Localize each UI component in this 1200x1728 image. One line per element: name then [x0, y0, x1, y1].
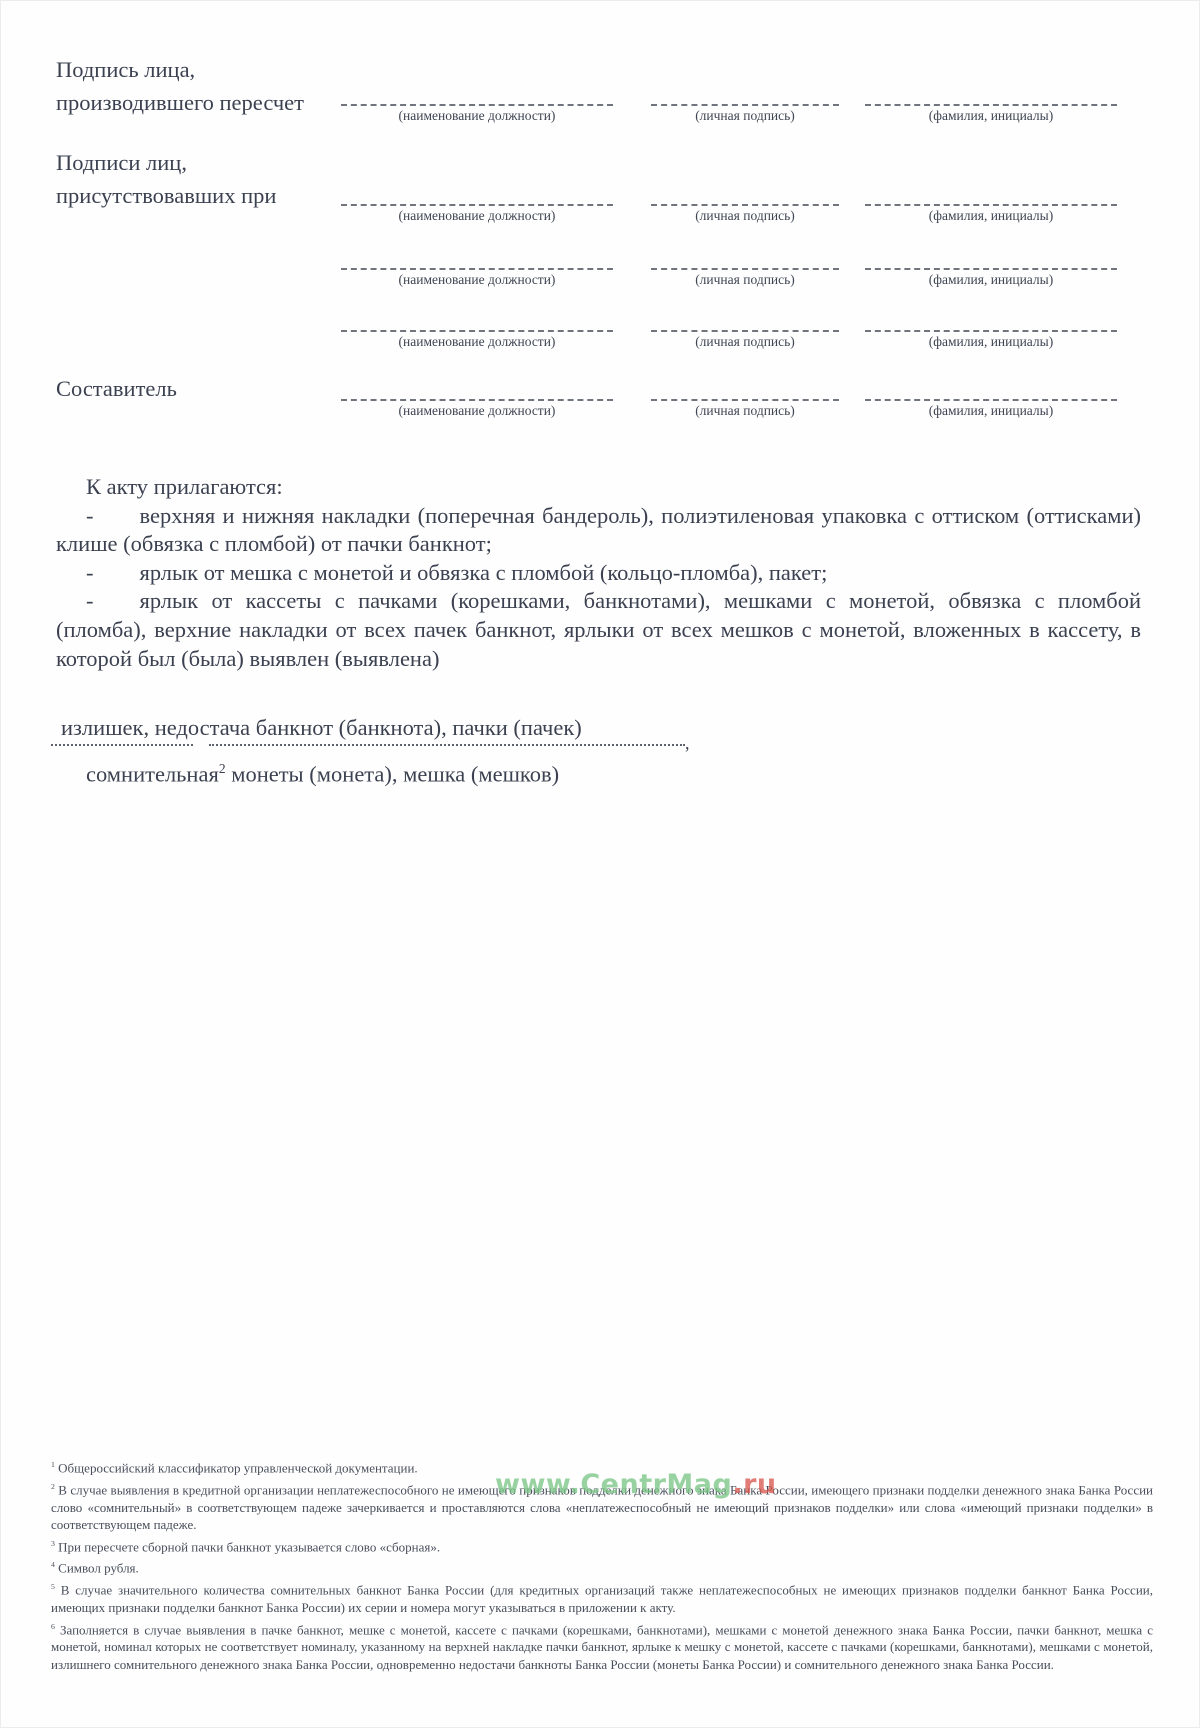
signature-line	[865, 330, 1117, 332]
signature-line	[341, 330, 613, 332]
signature-line	[341, 204, 613, 206]
doubtful-word: сомнительная	[86, 762, 219, 787]
signature-caption-name: (фамилия, инициалы)	[865, 272, 1117, 288]
signature-cell-position: (наименование должности)	[341, 204, 613, 224]
watermark-red-text: .ru	[732, 1469, 776, 1500]
signature-line	[341, 268, 613, 270]
signature-caption-position: (наименование должности)	[341, 108, 613, 124]
signature-caption-position: (наименование должности)	[341, 334, 613, 350]
signature-line	[341, 104, 613, 106]
signature-caption-position: (наименование должности)	[341, 272, 613, 288]
attachment-item: -верхняя и нижняя накладки (поперечная б…	[56, 502, 1141, 559]
signature-cell-signature: (личная подпись)	[651, 204, 839, 224]
attachment-item-text: ярлык от мешка с монетой и обвязка с пло…	[140, 560, 828, 585]
signature-line	[865, 399, 1117, 401]
signature-cell-signature: (личная подпись)	[651, 330, 839, 350]
attachment-item: -ярлык от кассеты с пачками (корешками, …	[56, 587, 1141, 673]
footnote-ref-2: 2	[219, 761, 226, 776]
footnote-text: Символ рубля.	[55, 1561, 139, 1576]
signature-cell-name: (фамилия, инициалы)	[865, 204, 1117, 224]
signature-caption-signature: (личная подпись)	[651, 403, 839, 419]
signature-cell-position: (наименование должности)	[341, 268, 613, 288]
dashed-separator-segment	[51, 744, 193, 746]
signature-line	[865, 204, 1117, 206]
signature-caption-name: (фамилия, инициалы)	[865, 403, 1117, 419]
signature-line	[651, 330, 839, 332]
signature-row-witness-2: (наименование должности) (личная подпись…	[1, 268, 1200, 308]
signature-caption-signature: (личная подпись)	[651, 208, 839, 224]
doubtful-rest: монеты (монета), мешка (мешков)	[226, 762, 560, 787]
signature-line	[651, 399, 839, 401]
signature-caption-name: (фамилия, инициалы)	[865, 208, 1117, 224]
discrepancy-separator: ,	[51, 740, 751, 746]
footnote: 4 Символ рубля.	[51, 1556, 1153, 1577]
attachment-item: -ярлык от мешка с монетой и обвязка с пл…	[56, 559, 1141, 588]
signature-caption-position: (наименование должности)	[341, 208, 613, 224]
attachment-item-text: ярлык от кассеты с пачками (корешками, б…	[56, 588, 1141, 670]
signature-row-witness-1: (наименование должности) (личная подпись…	[1, 204, 1200, 244]
signature-line	[651, 204, 839, 206]
signature-caption-position: (наименование должности)	[341, 403, 613, 419]
signature-caption-signature: (личная подпись)	[651, 272, 839, 288]
watermark-green-text: www.CentrMag	[495, 1469, 732, 1500]
signature-line	[651, 268, 839, 270]
footnote: 6 Заполняется в случае выявления в пачке…	[51, 1618, 1153, 1674]
signature-cell-position: (наименование должности)	[341, 330, 613, 350]
signature-row-recount-person: (наименование должности) (личная подпись…	[1, 104, 1200, 144]
signature-cell-name: (фамилия, инициалы)	[865, 399, 1117, 419]
discrepancy-variant-2: сомнительная2 монеты (монета), мешка (ме…	[86, 761, 559, 788]
signature-cell-position: (наименование должности)	[341, 104, 613, 124]
separator-comma: ,	[685, 740, 690, 746]
signature-line	[865, 104, 1117, 106]
signature-caption-name: (фамилия, инициалы)	[865, 108, 1117, 124]
witnesses-label-line1: Подписи лиц,	[56, 150, 187, 176]
signature-row-compiler: (наименование должности) (личная подпись…	[1, 399, 1200, 439]
signature-line	[865, 268, 1117, 270]
discrepancy-variant-1: излишек, недостача банкнот (банкнота), п…	[61, 715, 582, 741]
footnote-text: Заполняется в случае выявления в пачке б…	[51, 1622, 1153, 1672]
footnote-text: В случае значительного количества сомнит…	[51, 1583, 1153, 1616]
watermark: www.CentrMag.ru	[495, 1469, 777, 1500]
signature-caption-signature: (личная подпись)	[651, 334, 839, 350]
footnote-text: При пересчете сборной пачки банкнот указ…	[55, 1539, 440, 1554]
signature-row-witness-3: (наименование должности) (личная подпись…	[1, 330, 1200, 370]
signature-caption-name: (фамилия, инициалы)	[865, 334, 1117, 350]
signature-caption-signature: (личная подпись)	[651, 108, 839, 124]
footnote: 5 В случае значительного количества сомн…	[51, 1578, 1153, 1616]
dashed-separator-segment	[209, 744, 685, 746]
document-page: Подпись лица, производившего пересчет По…	[0, 0, 1200, 1728]
attachment-item-text: верхняя и нижняя накладки (поперечная ба…	[56, 503, 1141, 557]
signature-cell-signature: (личная подпись)	[651, 104, 839, 124]
bullet-dash: -	[86, 560, 94, 585]
signature-cell-name: (фамилия, инициалы)	[865, 268, 1117, 288]
attachments-heading: К акту прилагаются:	[56, 473, 1141, 502]
signature-line	[341, 399, 613, 401]
signature-cell-signature: (личная подпись)	[651, 399, 839, 419]
footnote-text: Общероссийский классификатор управленчес…	[55, 1460, 418, 1475]
signature-cell-position: (наименование должности)	[341, 399, 613, 419]
recount-signer-label-line1: Подпись лица,	[56, 57, 195, 83]
attachments-section: К акту прилагаются: -верхняя и нижняя на…	[56, 473, 1141, 673]
signature-cell-signature: (личная подпись)	[651, 268, 839, 288]
signature-cell-name: (фамилия, инициалы)	[865, 104, 1117, 124]
bullet-dash: -	[86, 503, 94, 528]
signature-line	[651, 104, 839, 106]
bullet-dash: -	[86, 588, 94, 613]
footnote: 3 При пересчете сборной пачки банкнот ук…	[51, 1535, 1153, 1556]
signature-cell-name: (фамилия, инициалы)	[865, 330, 1117, 350]
